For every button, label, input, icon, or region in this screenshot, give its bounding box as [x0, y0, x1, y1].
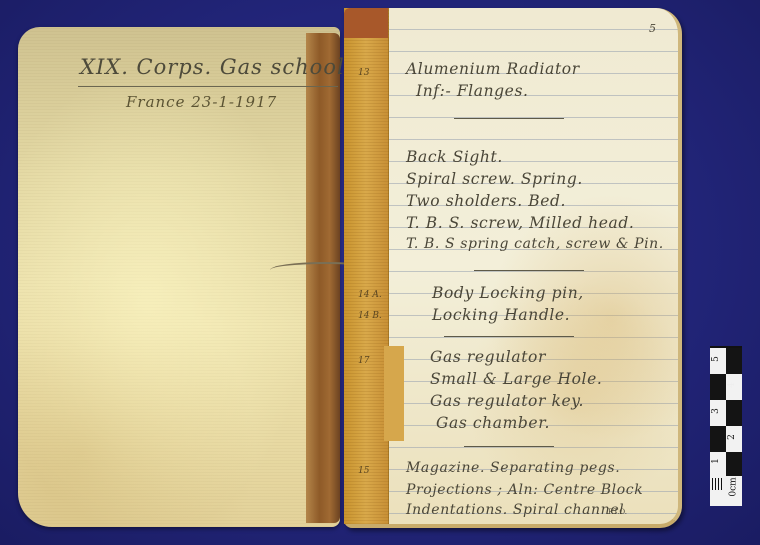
scale-segment	[710, 426, 726, 452]
repair-tape	[344, 8, 389, 524]
notebook-page: 5 13 14 A. 14 B. 17 15 Alumenium Radiato…	[344, 8, 682, 528]
text-line: Alumenium Radiator	[406, 60, 580, 78]
repair-tape-tab	[384, 346, 404, 441]
scale-segment	[726, 400, 742, 426]
text-line: Magazine. Separating pegs.	[406, 460, 620, 476]
cover-spine	[306, 33, 340, 523]
scale-mark: 1	[711, 458, 721, 464]
notebook-front-cover: XIX. Corps. Gas school France 23-1-1917	[18, 27, 340, 527]
margin-number: 14 A.	[358, 290, 382, 300]
text-line: Small & Large Hole.	[430, 370, 602, 388]
margin-number: 15	[358, 466, 369, 476]
text-line: Locking Handle.	[432, 306, 570, 324]
margin-number: 17	[358, 356, 369, 366]
scale-mark: 2	[727, 434, 737, 440]
text-line: Gas regulator key.	[430, 392, 584, 410]
page-number: 5	[649, 22, 656, 35]
margin-number: 14 B.	[358, 311, 382, 321]
scale-mark: 4	[727, 382, 737, 388]
text-line: T. B. S spring catch, screw & Pin.	[406, 236, 664, 252]
section-divider	[474, 270, 584, 271]
scale-mark: 3	[711, 408, 721, 414]
scale-bar: 5 4 3 2 1 0cm	[710, 346, 742, 506]
scale-segment	[726, 452, 742, 476]
title-underline	[78, 86, 338, 87]
scale-unit: 0cm	[729, 477, 739, 496]
scale-mark: 5	[711, 356, 721, 362]
scale-segment	[710, 452, 726, 476]
pto-note: P.T.O.	[608, 508, 627, 516]
margin-number: 13	[358, 68, 369, 78]
scale-segment	[726, 348, 742, 374]
text-line: Gas regulator	[430, 348, 546, 366]
text-line: Spiral screw. Spring.	[406, 170, 583, 188]
text-line: Gas chamber.	[436, 414, 550, 432]
scale-segment	[710, 374, 726, 400]
text-line: Projections ; Aln: Centre Block	[406, 482, 643, 498]
cover-title: XIX. Corps. Gas school	[80, 55, 345, 79]
text-line: T. B. S. screw, Milled head.	[406, 214, 634, 232]
text-line: Two sholders. Bed.	[406, 192, 566, 210]
section-divider	[444, 336, 574, 337]
section-divider	[454, 118, 564, 119]
section-divider	[464, 446, 554, 447]
text-line: Body Locking pin,	[432, 284, 584, 302]
tape-stain	[344, 8, 388, 38]
cover-date: France 23-1-1917	[126, 93, 277, 111]
text-line: Back Sight.	[406, 148, 503, 166]
text-line: Indentations. Spiral channel	[406, 502, 624, 518]
text-line: Inf:- Flanges.	[416, 82, 529, 100]
